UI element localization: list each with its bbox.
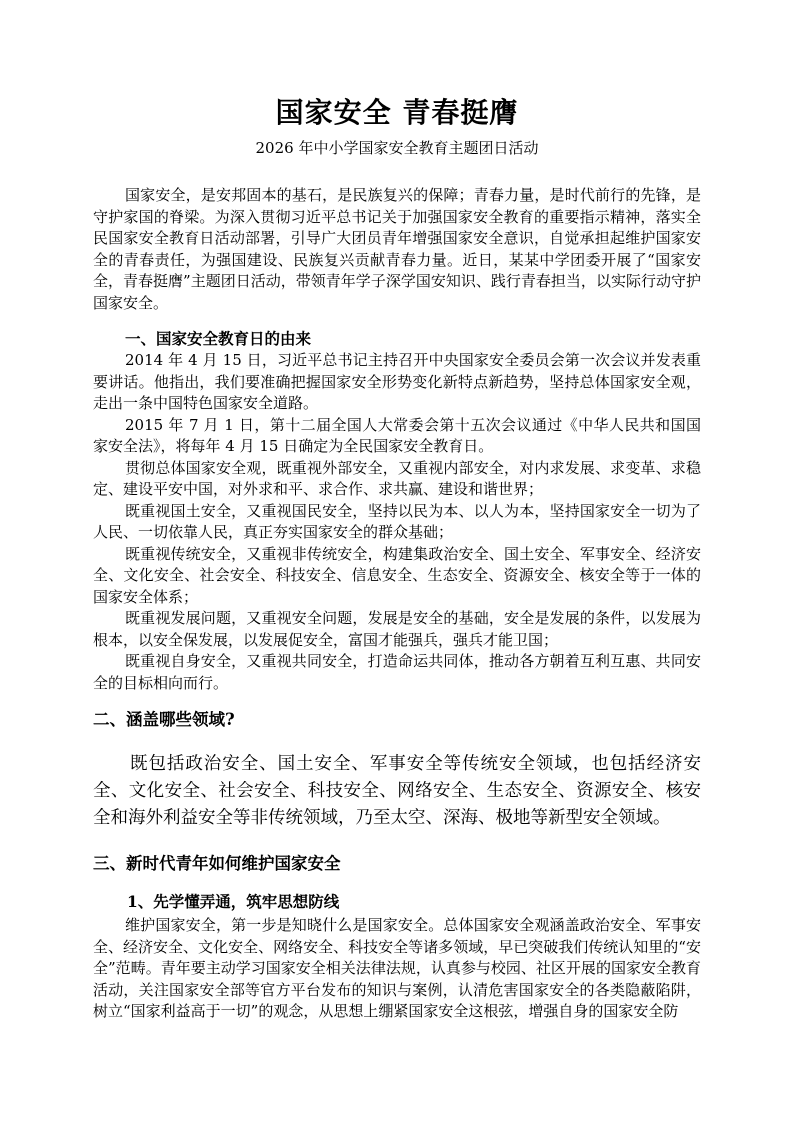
document-page: 国家安全 青春挺膺 2026 年中小学国家安全教育主题团日活动 国家安全，是安邦… bbox=[0, 0, 793, 1122]
section-1-paragraph: 2014 年 4 月 15 日，习近平总书记主持召开中央国家安全委员会第一次会议… bbox=[93, 350, 701, 415]
section-2-paragraph: 既包括政治安全、国土安全、军事安全等传统安全领域，也包括经济安全、文化安全、社会… bbox=[93, 751, 701, 832]
section-2-heading: 二、涵盖哪些领域? bbox=[93, 708, 701, 731]
subsection-1-heading: 1、先学懂弄通，筑牢思想防线 bbox=[93, 891, 701, 913]
section-1-paragraph: 既重视传统安全，又重视非传统安全，构建集政治安全、国土安全、军事安全、经济安全、… bbox=[93, 544, 701, 609]
section-3-heading: 三、新时代青年如何维护国家安全 bbox=[93, 852, 701, 875]
section-1-paragraph: 既重视自身安全，又重视共同安全，打造命运共同体，推动各方朝着互利互惠、共同安全的… bbox=[93, 651, 701, 694]
section-1-heading: 一、国家安全教育日的由来 bbox=[93, 328, 701, 350]
section-1-paragraph: 2015 年 7 月 1 日，第十二届全国人大常委会第十五次会议通过《中华人民共… bbox=[93, 415, 701, 458]
section-1-paragraph: 既重视国土安全，又重视国民安全，坚持以民为本、以人为本，坚持国家安全一切为了人民… bbox=[93, 501, 701, 544]
section-1-paragraph: 既重视发展问题，又重视安全问题，发展是安全的基础，安全是发展的条件，以发展为根本… bbox=[93, 608, 701, 651]
intro-paragraph: 国家安全，是安邦固本的基石，是民族复兴的保障；青春力量，是时代前行的先锋，是守护… bbox=[93, 185, 701, 314]
document-title: 国家安全 青春挺膺 bbox=[93, 96, 701, 130]
section-1-paragraph: 贯彻总体国家安全观，既重视外部安全，又重视内部安全，对内求发展、求变革、求稳定、… bbox=[93, 458, 701, 501]
document-subtitle: 2026 年中小学国家安全教育主题团日活动 bbox=[93, 138, 701, 159]
section-3-paragraph: 维护国家安全，第一步是知晓什么是国家安全。总体国家安全观涵盖政治安全、军事安全、… bbox=[93, 915, 701, 1023]
